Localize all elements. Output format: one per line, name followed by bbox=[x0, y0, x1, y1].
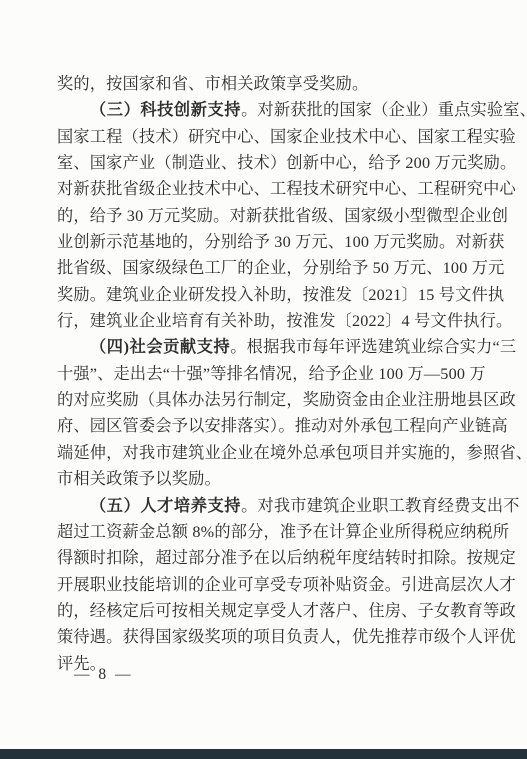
line-text: 的，经核定后可按相关规定享受人才落户、住房、子女教育等政 bbox=[57, 602, 516, 620]
line-text: 。根据我市每年评选建筑业综合实力“三 bbox=[230, 338, 516, 356]
section-heading-line: （五）人才培养支持。对我市建筑企业职工教育经费支出不 bbox=[57, 493, 471, 519]
line-text: 的对应奖励（具体办法另行制定，奖励资金由企业注册地县区政 bbox=[57, 391, 516, 409]
line-text: 室、国家产业（制造业、技术）创新中心，给予 200 万元奖励。 bbox=[57, 154, 516, 172]
section-heading-line: （三）科技创新支持。对新获批的国家（企业）重点实验室、 bbox=[57, 97, 471, 123]
line-text: 府、园区管委会予以安排落实）。推动对外承包工程向产业链高 bbox=[57, 417, 508, 435]
line-text: 。对我市建筑企业职工教育经费支出不 bbox=[241, 497, 520, 515]
scan-edge-shadow bbox=[0, 749, 527, 759]
text-line: 策待遇。获得国家级奖项的项目负责人，优先推荐市级个人评优 bbox=[57, 624, 471, 650]
line-text: 对新获批省级企业技术中心、工程技术研究中心、工程研究中心 bbox=[57, 180, 516, 198]
text-line: 奖励。建筑业企业研发投入补助，按淮发〔2021〕15 号文件执 bbox=[57, 282, 471, 308]
line-text: 十强”、走出去“十强”等排名情况，给予企业 100 万—500 万 bbox=[57, 365, 486, 383]
text-line: 的，经核定后可按相关规定享受人才落户、住房、子女教育等政 bbox=[57, 598, 471, 624]
section-heading: （五）人才培养支持 bbox=[90, 497, 241, 515]
page-number: — 8 — bbox=[74, 666, 133, 684]
line-text: 行，建筑业企业培育有关补助，按淮发〔2022〕4 号文件执行。 bbox=[57, 312, 512, 330]
text-line: 奖的，按国家和省、市相关政策享受奖励。 bbox=[57, 71, 471, 97]
text-line: 业创新示范基地的，分别给予 30 万元、100 万元奖励。对新获 bbox=[57, 229, 471, 255]
text-line: 批省级、国家级绿色工厂的企业，分别给予 50 万元、100 万元 bbox=[57, 255, 471, 281]
text-line: 超过工资薪金总额 8%的部分，准予在计算企业所得税应纳税所 bbox=[57, 519, 471, 545]
text-line: 得额时扣除，超过部分准予在以后纳税年度结转时扣除。按规定 bbox=[57, 545, 471, 571]
line-text: 市相关政策予以奖励。 bbox=[57, 470, 221, 488]
line-text: 得额时扣除，超过部分准予在以后纳税年度结转时扣除。按规定 bbox=[57, 549, 516, 567]
line-text: 超过工资薪金总额 8%的部分，准予在计算企业所得税应纳税所 bbox=[57, 523, 509, 541]
text-line: 的，给予 30 万元奖励。对新获批省级、国家级小型微型企业创 bbox=[57, 203, 471, 229]
text-line: 市相关政策予以奖励。 bbox=[57, 466, 471, 492]
text-line: 的对应奖励（具体办法另行制定，奖励资金由企业注册地县区政 bbox=[57, 387, 471, 413]
text-line: 行，建筑业企业培育有关补助，按淮发〔2022〕4 号文件执行。 bbox=[57, 308, 471, 334]
line-text: 奖的，按国家和省、市相关政策享受奖励。 bbox=[57, 75, 368, 93]
line-text: 策待遇。获得国家级奖项的项目负责人，优先推荐市级个人评优 bbox=[57, 628, 516, 646]
line-text: 。对新获批的国家（企业）重点实验室、 bbox=[241, 101, 527, 119]
line-text: 国家工程（技术）研究中心、国家企业技术中心、国家工程实验 bbox=[57, 128, 516, 146]
text-line: 开展职业技能培训的企业可享受专项补贴资金。引进高层次人才 bbox=[57, 572, 471, 598]
line-text: 奖励。建筑业企业研发投入补助，按淮发〔2021〕15 号文件执 bbox=[57, 286, 504, 304]
text-line: 国家工程（技术）研究中心、国家企业技术中心、国家工程实验 bbox=[57, 124, 471, 150]
document-page: 奖的，按国家和省、市相关政策享受奖励。（三）科技创新支持。对新获批的国家（企业）… bbox=[0, 0, 527, 759]
section-heading-line: （四)社会贡献支持。根据我市每年评选建筑业综合实力“三 bbox=[57, 334, 471, 360]
text-line: 对新获批省级企业技术中心、工程技术研究中心、工程研究中心 bbox=[57, 176, 471, 202]
section-heading: （三）科技创新支持 bbox=[90, 101, 241, 119]
body-text: 奖的，按国家和省、市相关政策享受奖励。（三）科技创新支持。对新获批的国家（企业）… bbox=[57, 71, 471, 677]
line-text: 的，给予 30 万元奖励。对新获批省级、国家级小型微型企业创 bbox=[57, 207, 508, 225]
text-line: 室、国家产业（制造业、技术）创新中心，给予 200 万元奖励。 bbox=[57, 150, 471, 176]
line-text: 开展职业技能培训的企业可享受专项补贴资金。引进高层次人才 bbox=[57, 576, 516, 594]
section-heading: （四)社会贡献支持 bbox=[90, 338, 230, 356]
text-line: 十强”、走出去“十强”等排名情况，给予企业 100 万—500 万 bbox=[57, 361, 471, 387]
text-line: 端延伸，对我市建筑业企业在境外总承包项目并实施的，参照省、 bbox=[57, 440, 471, 466]
line-text: 业创新示范基地的，分别给予 30 万元、100 万元奖励。对新获 bbox=[57, 233, 505, 251]
text-line: 府、园区管委会予以安排落实）。推动对外承包工程向产业链高 bbox=[57, 413, 471, 439]
line-text: 批省级、国家级绿色工厂的企业，分别给予 50 万元、100 万元 bbox=[57, 259, 505, 277]
line-text: 端延伸，对我市建筑业企业在境外总承包项目并实施的，参照省、 bbox=[57, 444, 527, 462]
